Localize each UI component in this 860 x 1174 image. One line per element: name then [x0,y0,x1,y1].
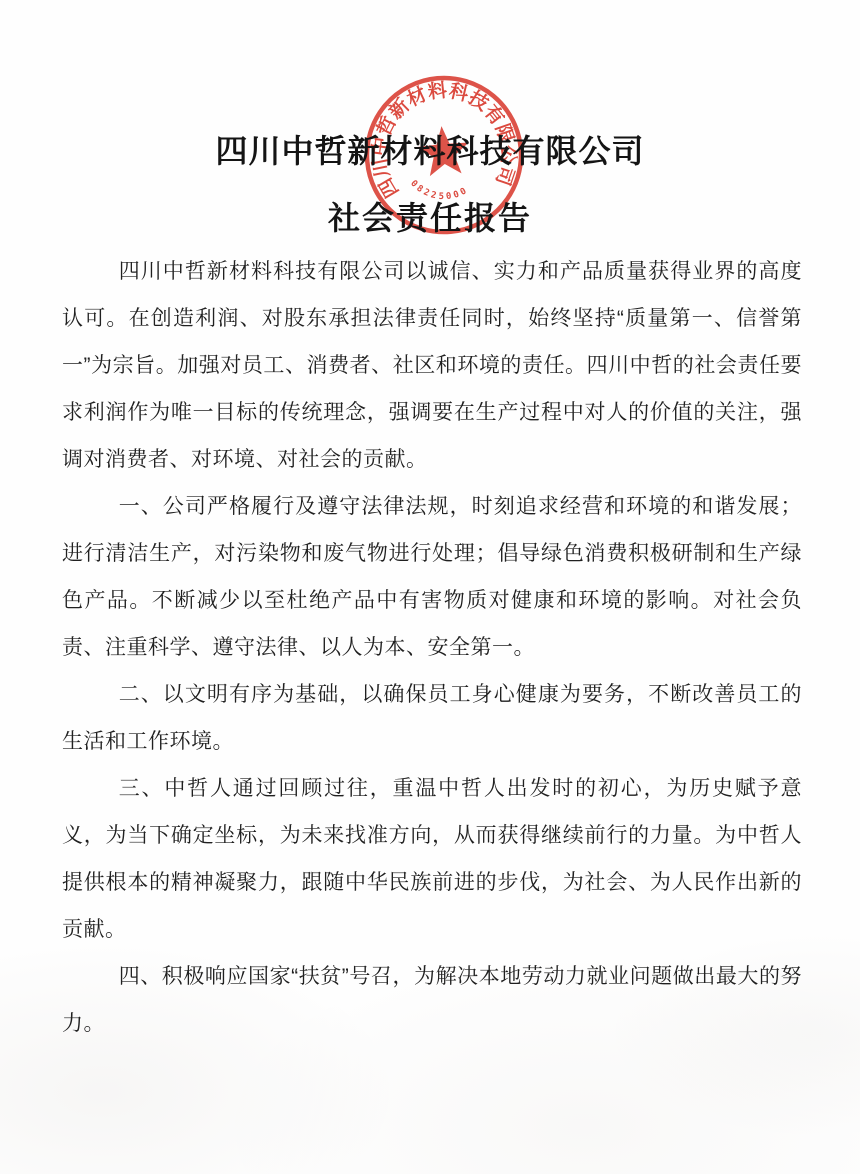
document-subtitle: 社会责任报告 [0,193,860,239]
document-body: 四川中哲新材料科技有限公司以诚信、实力和产品质量获得业界的高度认可。在创造利润、… [62,248,802,1047]
document-paragraph-1: 一、公司严格履行及遵守法律法规，时刻追求经营和环境的和谐发展；进行清洁生产，对污… [62,483,802,671]
document-title: 四川中哲新材料科技有限公司 [0,126,860,172]
document-paragraph-3: 三、中哲人通过回顾过往，重温中哲人出发时的初心，为历史赋予意义，为当下确定坐标，… [62,765,802,953]
document-page: 四川中哲新材料科技有限公司 08225000 四川中哲新材料科技有限公司 社会责… [0,0,860,1174]
document-paragraph-2: 二、以文明有序为基础，以确保员工身心健康为要务，不断改善员工的生活和工作环境。 [62,671,802,765]
document-paragraph-intro: 四川中哲新材料科技有限公司以诚信、实力和产品质量获得业界的高度认可。在创造利润、… [62,248,802,483]
document-paragraph-4: 四、积极响应国家“扶贫”号召，为解决本地劳动力就业问题做出最大的努力。 [62,953,802,1047]
